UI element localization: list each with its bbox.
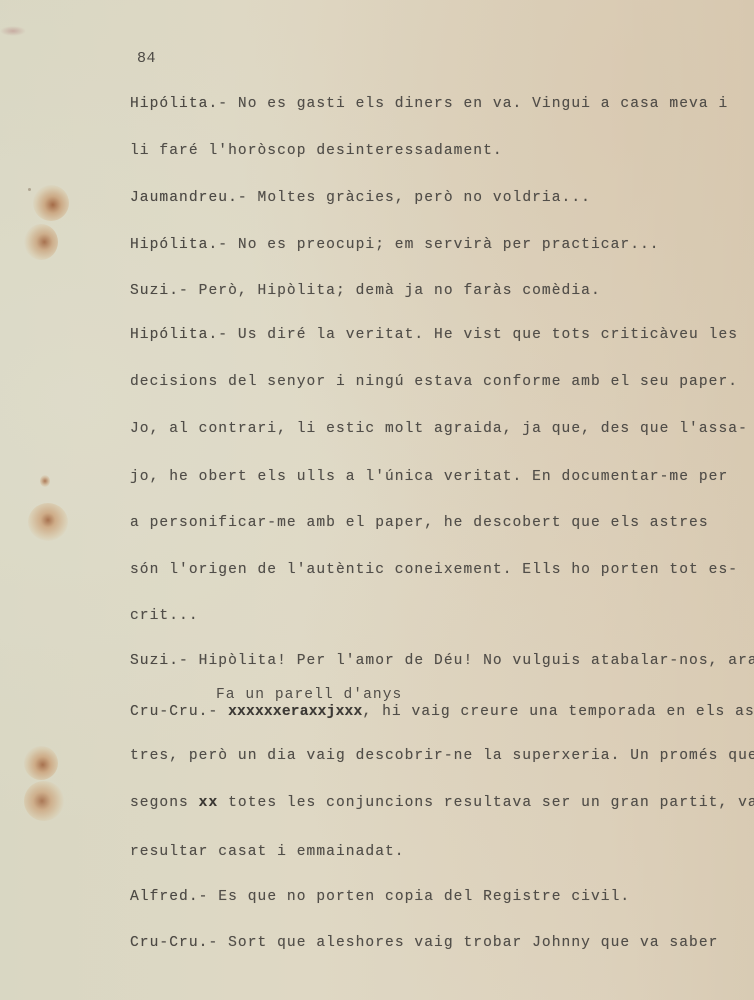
speck (28, 188, 31, 191)
line-text: , hi vaig creure una temporada en els as… (362, 704, 754, 720)
speaker-name: Jaumandreu.- (130, 190, 248, 206)
struck-out-text: xxxxxxeraxxjxxx (228, 704, 362, 720)
line-text: li faré l'horòscop desinteressadament. (130, 143, 503, 159)
line-text: Moltes gràcies, però no voldria... (248, 190, 591, 206)
line-text: segons (130, 795, 199, 811)
dialogue-line: són l'origen de l'autèntic coneixement. … (130, 562, 738, 578)
speaker-name: Hipólita.- (130, 237, 228, 253)
dialogue-line: decisions del senyor i ningú estava conf… (130, 374, 738, 390)
line-text: No es preocupi; em servirà per practicar… (228, 237, 660, 253)
dialogue-line: Hipólita.- Us diré la veritat. He vist q… (130, 327, 738, 343)
line-text: totes les conjuncions resultava ser un g… (218, 795, 754, 811)
line-text: Jo, al contrari, li estic molt agraida, … (130, 421, 748, 437)
speaker-name: Hipólita.- (130, 327, 228, 343)
page-number: 84 (137, 50, 156, 67)
line-text: jo, he obert els ulls a l'única veritat.… (130, 469, 728, 485)
speaker-name: Cru-Cru.- (130, 704, 218, 720)
line-text: Però, Hipòlita; demà ja no faràs comèdia… (189, 283, 601, 299)
line-text: decisions del senyor i ningú estava conf… (130, 374, 738, 390)
dialogue-line: resultar casat i emmainadat. (130, 844, 405, 860)
document-page: 84 Hipólita.- No es gasti els diners en … (0, 0, 754, 1000)
rust-stain-4 (28, 503, 68, 541)
speaker-name: Suzi.- (130, 283, 189, 299)
speaker-name: Hipólita.- (130, 96, 228, 112)
dialogue-line: Suzi.- Però, Hipòlita; demà ja no faràs … (130, 283, 601, 299)
dialogue-line: Cru-Cru.- Sort que aleshores vaig trobar… (130, 935, 718, 951)
dialogue-line: Jaumandreu.- Moltes gràcies, però no vol… (130, 190, 591, 206)
dialogue-line: Cru-Cru.- xxxxxxeraxxjxxx, hi vaig creur… (130, 704, 754, 720)
line-text: No es gasti els diners en va. Vingui a c… (228, 96, 728, 112)
dialogue-line: Hipólita.- No es preocupi; em servirà pe… (130, 237, 660, 253)
speaker-name: Suzi.- (130, 653, 189, 669)
dialogue-line: crit... (130, 608, 199, 624)
dialogue-line: segons xx totes les conjuncions resultav… (130, 795, 754, 811)
line-text: Us diré la veritat. He vist que tots cri… (228, 327, 738, 343)
dialogue-line: Alfred.- Es que no porten copia del Regi… (130, 889, 630, 905)
rust-stain-1 (33, 185, 69, 221)
dialogue-line: a personificar-me amb el paper, he desco… (130, 515, 709, 531)
rust-stain-6 (24, 781, 64, 821)
speaker-name: Alfred.- (130, 889, 208, 905)
ink-smudge (0, 26, 26, 36)
line-text: Sort que aleshores vaig trobar Johnny qu… (218, 935, 718, 951)
line-text: tres, però un dia vaig descobrir-ne la s… (130, 748, 754, 764)
dialogue-line: Hipólita.- No es gasti els diners en va.… (130, 96, 728, 112)
rust-stain-2 (24, 224, 58, 260)
dialogue-line: tres, però un dia vaig descobrir-ne la s… (130, 748, 754, 764)
interlinear-insertion: Fa un parell d'anys (216, 687, 402, 703)
line-text: resultar casat i emmainadat. (130, 844, 405, 860)
speaker-name: Cru-Cru.- (130, 935, 218, 951)
dialogue-line: jo, he obert els ulls a l'única veritat.… (130, 469, 728, 485)
line-text: a personificar-me amb el paper, he desco… (130, 515, 709, 531)
struck-out-text: xx (199, 795, 219, 811)
rust-stain-3 (40, 475, 50, 487)
rust-stain-5 (24, 746, 58, 780)
line-text: Hipòlita! Per l'amor de Déu! No vulguis … (189, 653, 754, 669)
line-text: crit... (130, 608, 199, 624)
dialogue-line: Suzi.- Hipòlita! Per l'amor de Déu! No v… (130, 653, 754, 669)
dialogue-line: li faré l'horòscop desinteressadament. (130, 143, 503, 159)
dialogue-line: Jo, al contrari, li estic molt agraida, … (130, 421, 748, 437)
line-text: són l'origen de l'autèntic coneixement. … (130, 562, 738, 578)
line-text: Es que no porten copia del Registre civi… (208, 889, 630, 905)
